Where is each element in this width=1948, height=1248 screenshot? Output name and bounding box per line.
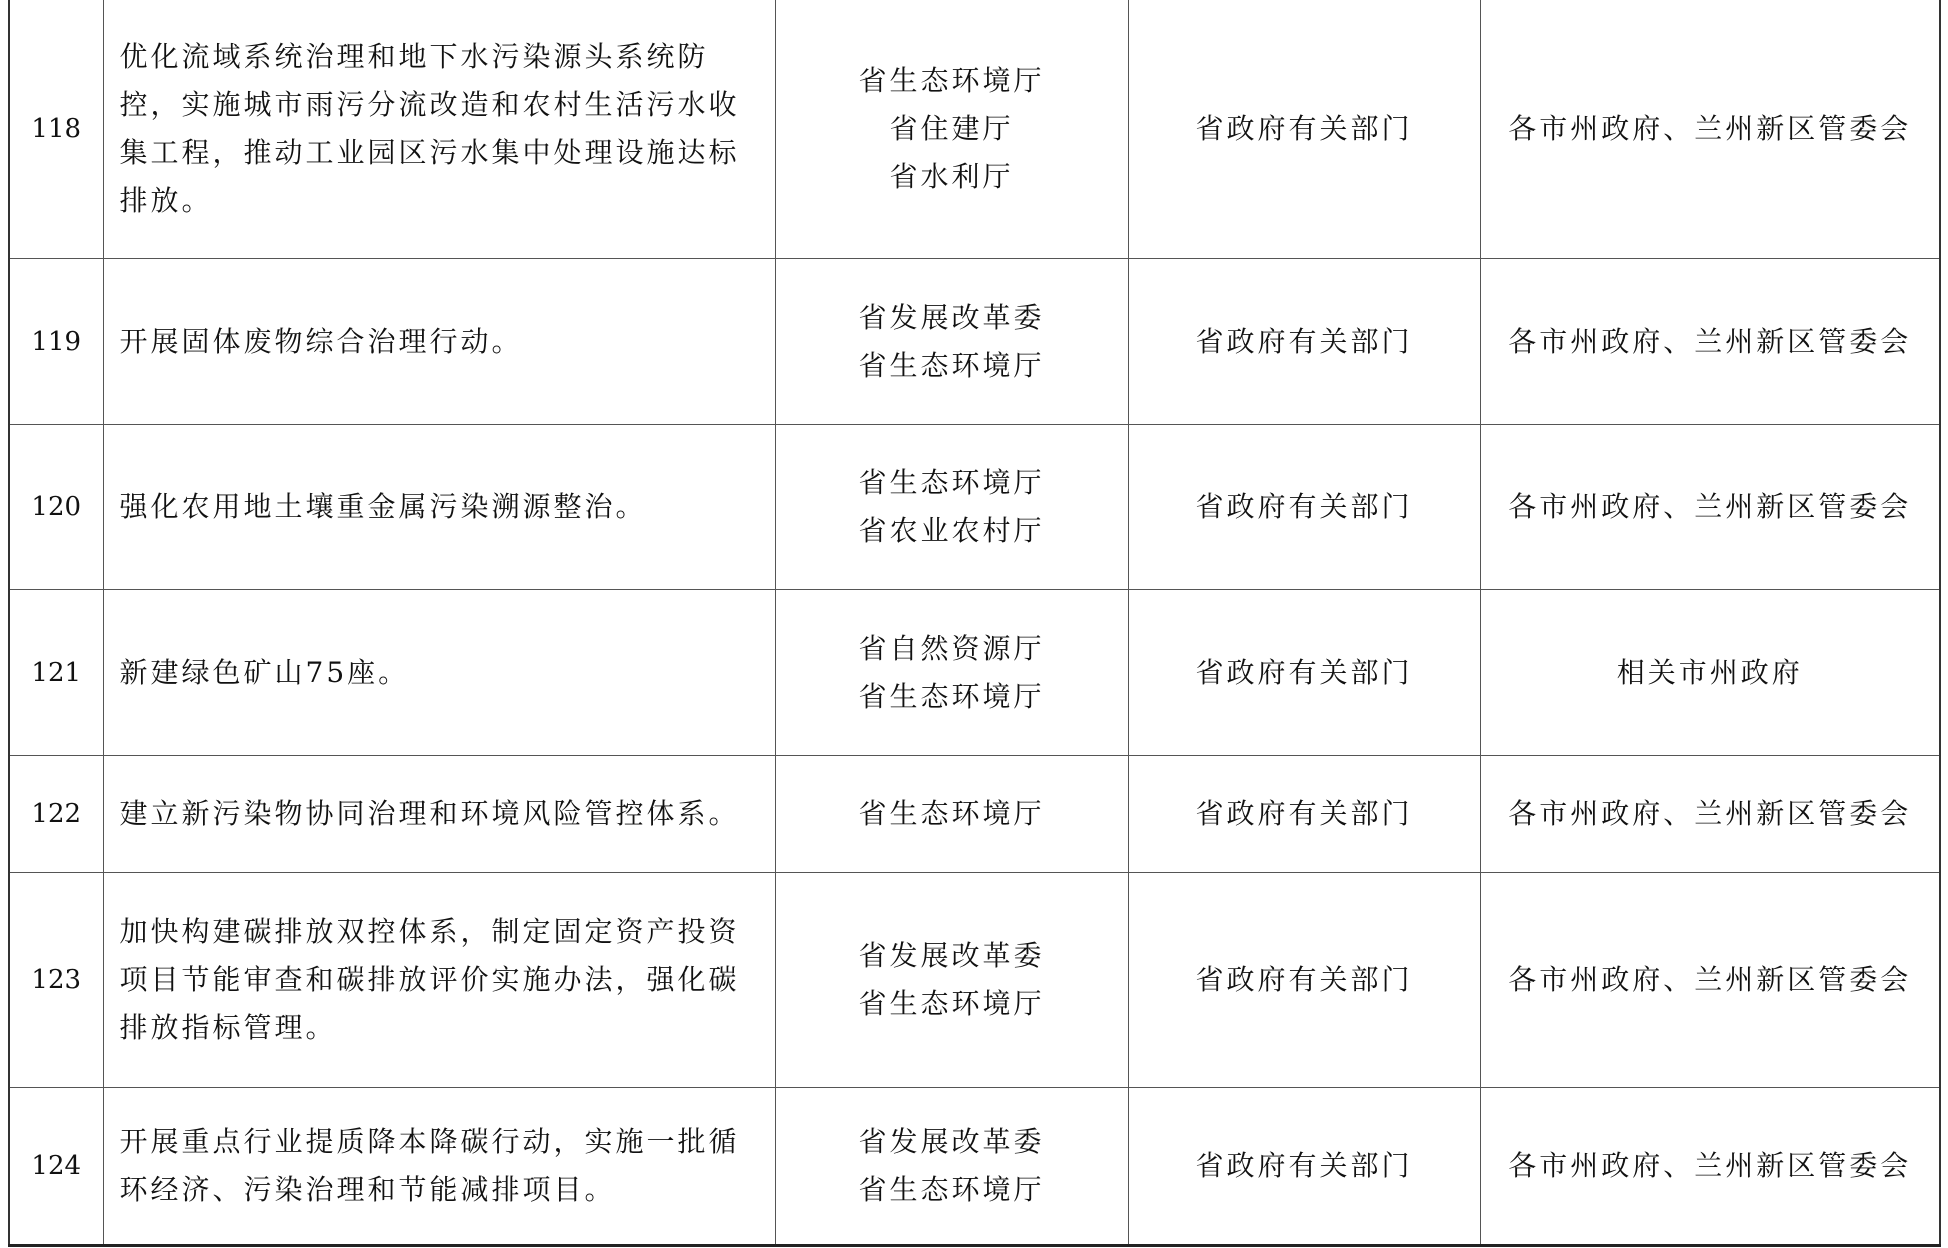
lead-department: 省水利厅 <box>776 153 1128 201</box>
table-row: 118优化流域系统治理和地下水污染源头系统防控，实施城市雨污分流改造和农村生活污… <box>9 0 1940 259</box>
responsible-units: 各市州政府、兰州新区管委会 <box>1480 873 1940 1088</box>
row-number: 122 <box>9 756 103 873</box>
cooperating-departments: 省政府有关部门 <box>1128 590 1480 756</box>
lead-department: 省生态环境厅 <box>776 459 1128 507</box>
responsible-units: 相关市州政府 <box>1480 590 1940 756</box>
lead-departments: 省生态环境厅省农业农村厅 <box>775 425 1128 590</box>
lead-department: 省生态环境厅 <box>776 790 1128 838</box>
table-row: 120强化农用地土壤重金属污染溯源整治。省生态环境厅省农业农村厅省政府有关部门各… <box>9 425 1940 590</box>
table-row: 124开展重点行业提质降本降碳行动，实施一批循环经济、污染治理和节能减排项目。省… <box>9 1088 1940 1246</box>
cooperating-departments: 省政府有关部门 <box>1128 873 1480 1088</box>
lead-department: 省发展改革委 <box>776 294 1128 342</box>
lead-department: 省生态环境厅 <box>776 673 1128 721</box>
responsible-units: 各市州政府、兰州新区管委会 <box>1480 0 1940 259</box>
responsible-units: 各市州政府、兰州新区管委会 <box>1480 259 1940 425</box>
cooperating-departments: 省政府有关部门 <box>1128 425 1480 590</box>
lead-department: 省生态环境厅 <box>776 342 1128 390</box>
row-number: 119 <box>9 259 103 425</box>
task-description: 加快构建碳排放双控体系，制定固定资产投资项目节能审查和碳排放评价实施办法，强化碳… <box>103 873 775 1088</box>
row-number: 123 <box>9 873 103 1088</box>
responsible-units: 各市州政府、兰州新区管委会 <box>1480 756 1940 873</box>
lead-departments: 省发展改革委省生态环境厅 <box>775 259 1128 425</box>
lead-department: 省生态环境厅 <box>776 57 1128 105</box>
responsible-units: 各市州政府、兰州新区管委会 <box>1480 425 1940 590</box>
task-description: 建立新污染物协同治理和环境风险管控体系。 <box>103 756 775 873</box>
cooperating-departments: 省政府有关部门 <box>1128 756 1480 873</box>
lead-departments: 省发展改革委省生态环境厅 <box>775 873 1128 1088</box>
lead-department: 省发展改革委 <box>776 932 1128 980</box>
table-row: 122建立新污染物协同治理和环境风险管控体系。省生态环境厅省政府有关部门各市州政… <box>9 756 1940 873</box>
lead-departments: 省自然资源厅省生态环境厅 <box>775 590 1128 756</box>
lead-department: 省生态环境厅 <box>776 1166 1128 1214</box>
lead-department: 省自然资源厅 <box>776 625 1128 673</box>
task-description: 新建绿色矿山75座。 <box>103 590 775 756</box>
lead-department: 省生态环境厅 <box>776 980 1128 1028</box>
task-table: 118优化流域系统治理和地下水污染源头系统防控，实施城市雨污分流改造和农村生活污… <box>8 0 1941 1247</box>
task-description: 开展固体废物综合治理行动。 <box>103 259 775 425</box>
lead-departments: 省生态环境厅省住建厅省水利厅 <box>775 0 1128 259</box>
cooperating-departments: 省政府有关部门 <box>1128 0 1480 259</box>
lead-departments: 省生态环境厅 <box>775 756 1128 873</box>
table-row: 123加快构建碳排放双控体系，制定固定资产投资项目节能审查和碳排放评价实施办法，… <box>9 873 1940 1088</box>
task-description: 强化农用地土壤重金属污染溯源整治。 <box>103 425 775 590</box>
responsible-units: 各市州政府、兰州新区管委会 <box>1480 1088 1940 1246</box>
table-row: 119开展固体废物综合治理行动。省发展改革委省生态环境厅省政府有关部门各市州政府… <box>9 259 1940 425</box>
row-number: 124 <box>9 1088 103 1246</box>
lead-department: 省住建厅 <box>776 105 1128 153</box>
lead-departments: 省发展改革委省生态环境厅 <box>775 1088 1128 1246</box>
row-number: 121 <box>9 590 103 756</box>
lead-department: 省农业农村厅 <box>776 507 1128 555</box>
table-row: 121新建绿色矿山75座。省自然资源厅省生态环境厅省政府有关部门相关市州政府 <box>9 590 1940 756</box>
row-number: 120 <box>9 425 103 590</box>
cooperating-departments: 省政府有关部门 <box>1128 259 1480 425</box>
lead-department: 省发展改革委 <box>776 1118 1128 1166</box>
cooperating-departments: 省政府有关部门 <box>1128 1088 1480 1246</box>
row-number: 118 <box>9 0 103 259</box>
task-description: 开展重点行业提质降本降碳行动，实施一批循环经济、污染治理和节能减排项目。 <box>103 1088 775 1246</box>
task-description: 优化流域系统治理和地下水污染源头系统防控，实施城市雨污分流改造和农村生活污水收集… <box>103 0 775 259</box>
